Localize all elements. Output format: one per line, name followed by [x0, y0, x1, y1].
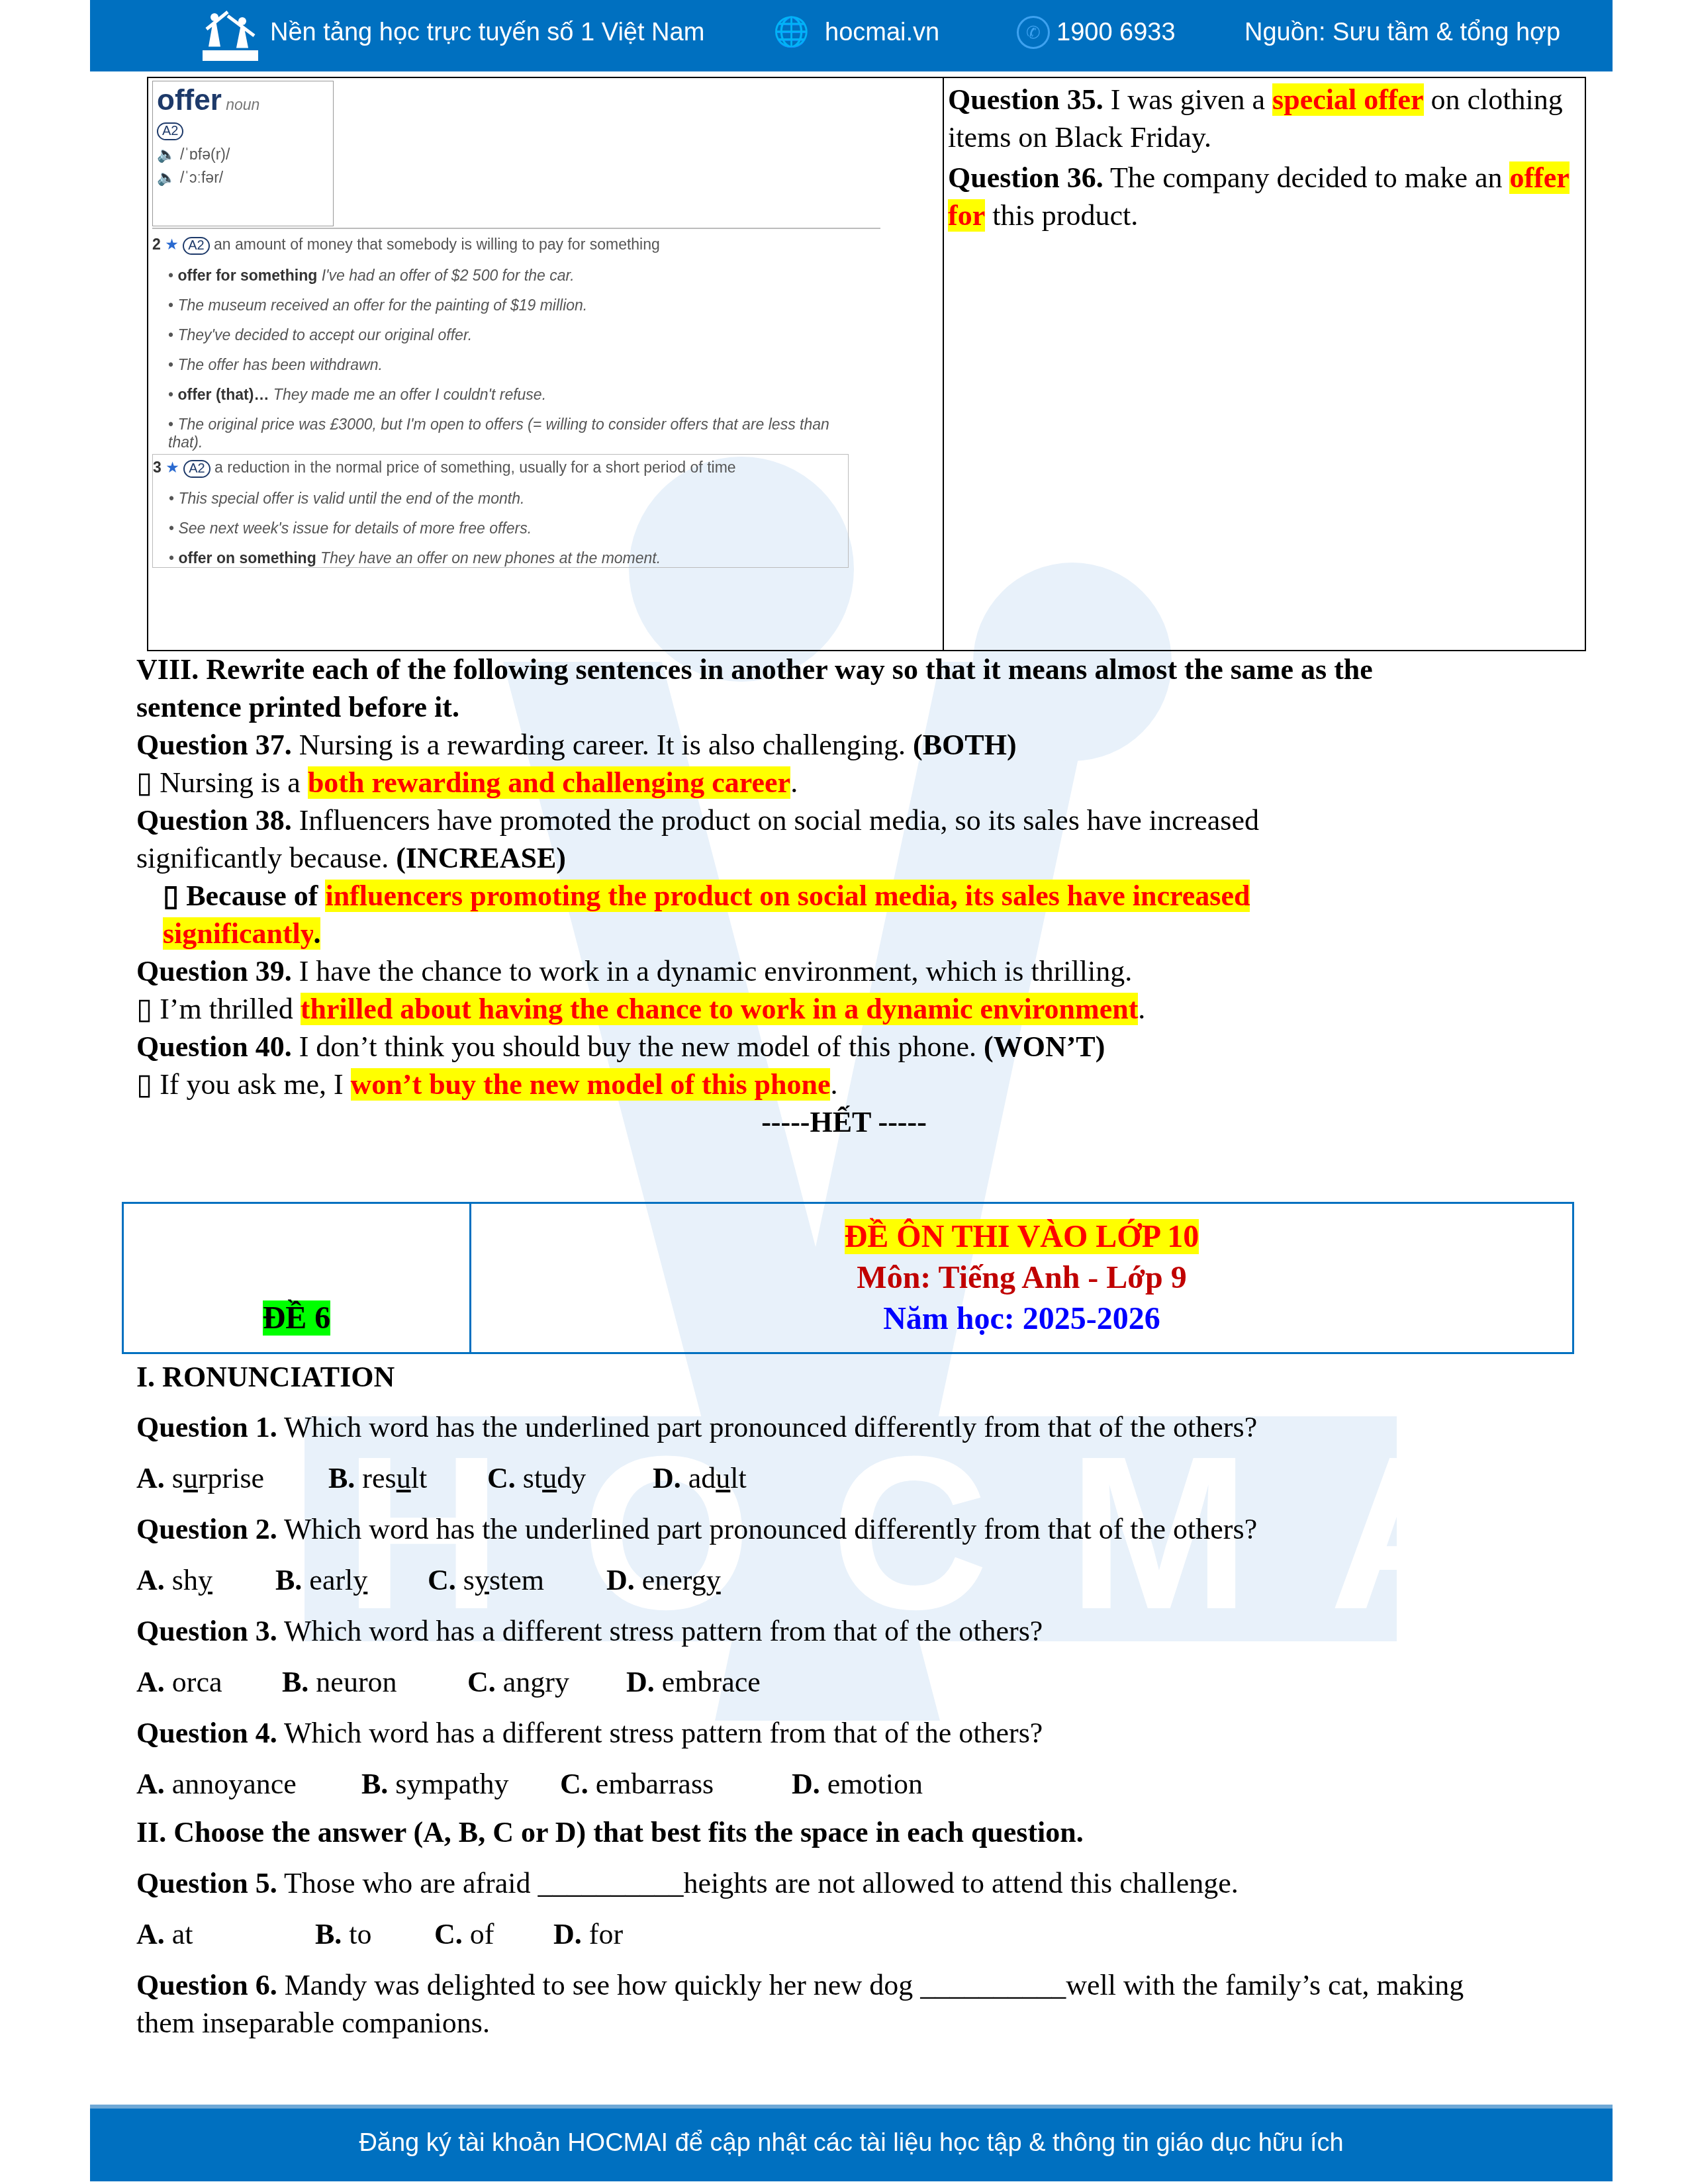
- dictionary-entry-cell: offer noun A2 🔈 /ˈɒfə(r)/ 🔈 /ˈɔːfər/ 2 ★…: [148, 77, 943, 651]
- option-a[interactable]: A. shy: [136, 1561, 212, 1599]
- option-c[interactable]: C. embarrass: [560, 1765, 714, 1803]
- arrow-icon: ▯: [163, 880, 179, 912]
- option-b[interactable]: B. result: [328, 1459, 427, 1497]
- option-a[interactable]: A. orca: [136, 1663, 222, 1701]
- dictionary-example: • See next week's issue for details of m…: [169, 520, 837, 537]
- level-badge: A2: [157, 122, 183, 140]
- star-icon: ★: [165, 236, 179, 253]
- question-1: Question 1. Which word has the underline…: [136, 1408, 1257, 1446]
- question-6: Question 6. Mandy was delighted to see h…: [136, 1966, 1464, 2004]
- option-b[interactable]: B. early: [275, 1561, 367, 1599]
- option-d[interactable]: D. energy: [606, 1561, 721, 1599]
- source-note: Nguồn: Sưu tầm & tổng hợp: [1244, 19, 1560, 47]
- exam-year: Năm học: 2025-2026: [472, 1298, 1571, 1340]
- option-c[interactable]: C. of: [434, 1915, 494, 1953]
- exam-title: ĐỀ ÔN THI VÀO LỚP 10: [845, 1219, 1199, 1254]
- dictionary-example: • offer (that)… They made me an offer I …: [168, 386, 837, 404]
- section-8-title: VIII. Rewrite each of the following sent…: [136, 651, 1373, 688]
- option-b[interactable]: B. to: [315, 1915, 372, 1953]
- hocmai-logo-icon: [201, 9, 267, 62]
- headword-box: offer noun A2 🔈 /ˈɒfə(r)/ 🔈 /ˈɔːfər/: [152, 81, 334, 226]
- option-d[interactable]: D. embrace: [626, 1663, 761, 1701]
- exam-code-cell: ĐỀ 6: [123, 1203, 471, 1353]
- question-35: Question 35. I was given a special offer…: [944, 78, 1585, 159]
- dictionary-example: • They've decided to accept our original…: [168, 326, 837, 344]
- star-icon: ★: [165, 459, 179, 476]
- question-2: Question 2. Which word has the underline…: [136, 1510, 1257, 1548]
- answer-40: ▯ If you ask me, I won’t buy the new mod…: [136, 1066, 837, 1103]
- dictionary-example: • This special offer is valid until the …: [169, 490, 837, 508]
- option-c[interactable]: C. angry: [467, 1663, 569, 1701]
- globe-icon: 🌐: [773, 15, 810, 49]
- answer-37: ▯ Nursing is a both rewarding and challe…: [136, 764, 798, 801]
- part-2-title: II. Choose the answer (A, B, C or D) tha…: [136, 1813, 1084, 1851]
- question-37: Question 37. Nursing is a rewarding care…: [136, 726, 1017, 764]
- end-marker: -----HẾT -----: [0, 1103, 1688, 1141]
- question-38-cont: significantly because. (INCREASE): [136, 839, 566, 877]
- website-link[interactable]: hocmai.vn: [825, 19, 939, 47]
- option-d[interactable]: D. emotion: [792, 1765, 923, 1803]
- question-40: Question 40. I don’t think you should bu…: [136, 1028, 1105, 1066]
- option-a[interactable]: A. at: [136, 1915, 193, 1953]
- section-8-title-cont: sentence printed before it.: [136, 688, 459, 726]
- vocab-table: offer noun A2 🔈 /ˈɒfə(r)/ 🔈 /ˈɔːfər/ 2 ★…: [147, 77, 1586, 651]
- phone-number[interactable]: 1900 6933: [1056, 19, 1176, 47]
- answer-38: ▯ Because of influencers promoting the p…: [163, 877, 1250, 915]
- top-banner: Nền tảng học trực tuyến số 1 Việt Nam 🌐 …: [90, 0, 1613, 71]
- questions-35-36-cell: Question 35. I was given a special offer…: [943, 77, 1585, 651]
- question-4: Question 4. Which word has a different s…: [136, 1714, 1043, 1752]
- exam-header-table: ĐỀ 6 ĐỀ ÔN THI VÀO LỚP 10 Môn: Tiếng Anh…: [122, 1202, 1574, 1354]
- question-6-cont: them inseparable companions.: [136, 2004, 490, 2042]
- dictionary-example: • offer on something They have an offer …: [169, 549, 837, 567]
- option-d[interactable]: D. adult: [653, 1459, 747, 1497]
- question-5: Question 5. Those who are afraid _______…: [136, 1864, 1239, 1902]
- arrow-icon: ▯: [136, 993, 152, 1025]
- question-36: Question 36. The company decided to make…: [944, 159, 1585, 237]
- answer-39: ▯ I’m thrilled thrilled about having the…: [136, 990, 1145, 1028]
- answer-38-cont: significantly.: [163, 915, 320, 952]
- dictionary-example: • The original price was £3000, but I'm …: [168, 416, 837, 451]
- option-b[interactable]: B. neuron: [282, 1663, 397, 1701]
- option-a[interactable]: A. surprise: [136, 1459, 264, 1497]
- headword: offer: [157, 84, 222, 116]
- speaker-us-icon[interactable]: 🔈: [157, 169, 176, 186]
- sense-2: 2 ★ A2 an amount of money that somebody …: [152, 228, 880, 451]
- sense-3: 3 ★ A2 a reduction in the normal price o…: [152, 454, 849, 568]
- option-b[interactable]: B. sympathy: [361, 1765, 508, 1803]
- option-c[interactable]: C. system: [428, 1561, 544, 1599]
- exam-subject: Môn: Tiếng Anh - Lớp 9: [472, 1257, 1571, 1298]
- option-c[interactable]: C. study: [487, 1459, 586, 1497]
- question-3: Question 3. Which word has a different s…: [136, 1612, 1043, 1650]
- exam-code: ĐỀ 6: [263, 1300, 331, 1336]
- phone-icon: ✆: [1017, 16, 1050, 49]
- part-of-speech: noun: [226, 96, 259, 113]
- question-38: Question 38. Influencers have promoted t…: [136, 801, 1259, 839]
- pronunciation-us: /ˈɔːfər/: [180, 169, 223, 186]
- pronunciation-uk: /ˈɒfə(r)/: [180, 146, 230, 163]
- dictionary-example: • The museum received an offer for the p…: [168, 296, 837, 314]
- arrow-icon: ▯: [136, 1068, 152, 1101]
- exam-title-cell: ĐỀ ÔN THI VÀO LỚP 10 Môn: Tiếng Anh - Lớ…: [471, 1203, 1573, 1353]
- dictionary-example: • offer for something I've had an offer …: [168, 267, 837, 285]
- arrow-icon: ▯: [136, 766, 152, 799]
- option-a[interactable]: A. annoyance: [136, 1765, 297, 1803]
- bottom-banner[interactable]: Đăng ký tài khoản HOCMAI để cập nhật các…: [90, 2105, 1613, 2181]
- dictionary-example: • The offer has been withdrawn.: [168, 356, 837, 374]
- tagline: Nền tảng học trực tuyến số 1 Việt Nam: [270, 19, 704, 47]
- option-d[interactable]: D. for: [553, 1915, 623, 1953]
- question-39: Question 39. I have the chance to work i…: [136, 952, 1132, 990]
- speaker-uk-icon[interactable]: 🔈: [157, 146, 176, 163]
- part-1-title: I. RONUNCIATION: [136, 1358, 395, 1396]
